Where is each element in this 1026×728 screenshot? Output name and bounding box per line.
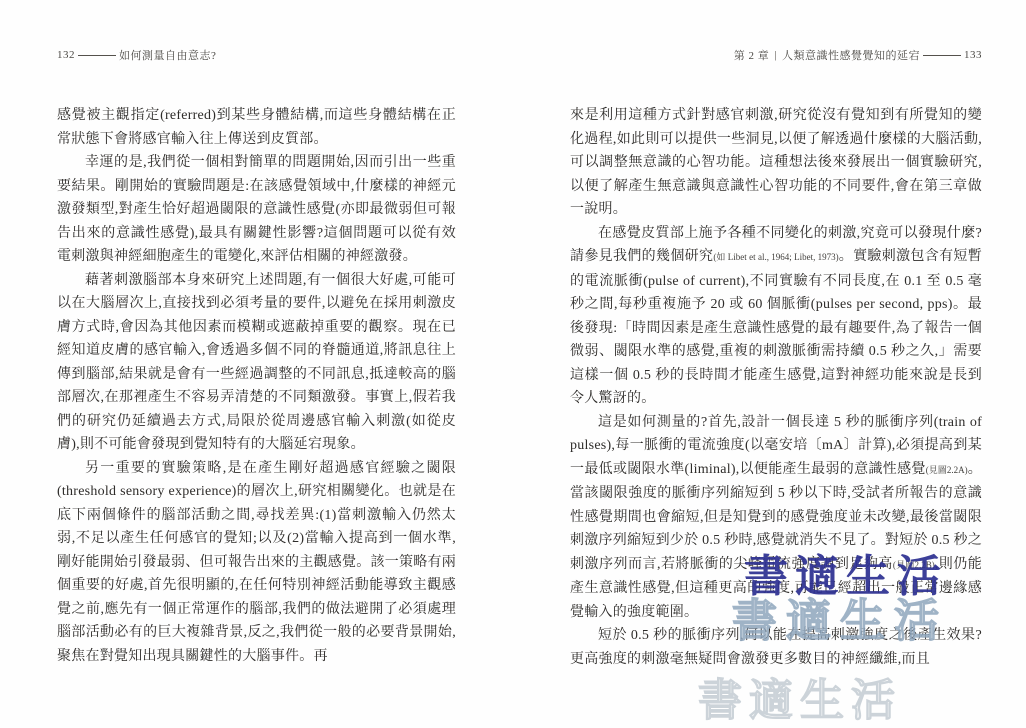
body-paragraph: 這是如何測量的?首先,設計一個長達 5 秒的脈衝序列(train of puls… [570,411,982,625]
left-running-title: 如何測量自由意志? [119,47,216,63]
citation-inline: (如 Libet et al., 1964; Libet, 1973) [713,252,838,262]
paragraph-text: 這是如何測量的?首先,設計一個長達 5 秒的脈衝序列(train of puls… [570,415,982,477]
left-folio: 132 [57,49,75,61]
figure-reference-inline: (見圖2.2B) [893,560,935,570]
right-page-body: 來是利用這種方式針對感官刺激,研究從沒有覺知到有所覺知的變化過程,如此則可以提供… [570,104,982,671]
paragraph-text: 。實驗刺激包含有短暫的電流脈衝(pulse of current),不同實驗有不… [570,249,982,406]
body-paragraph: 在感覺皮質部上施予各種不同變化的刺激,究竟可以發現什麼?請參見我們的幾個研究(如… [570,222,982,411]
header-rule [923,55,961,56]
body-paragraph: 短於 0.5 秒的脈衝序列,何以能在提高刺激強度之後產生效果?更高強度的刺激毫無… [570,624,982,671]
right-running-header: 第 2 章 | 人類意識性感覺覺知的延宕 133 [570,48,982,62]
body-paragraph: 來是利用這種方式針對感官刺激,研究從沒有覺知到有所覺知的變化過程,如此則可以提供… [570,104,982,222]
paragraph-text: 。當該閾限強度的脈衝序列縮短到 5 秒以下時,受試者所報告的意識性感覺期間也會縮… [570,462,982,572]
header-rule [78,55,116,56]
body-paragraph: 另一重要的實驗策略,是在產生剛好超過感官經驗之閾限(threshold sens… [57,457,456,669]
right-running-title: 人類意識性感覺覺知的延宕 [782,47,920,63]
body-paragraph: 幸運的是,我們從一個相對簡單的問題開始,因而引出一些重要結果。剛開始的實驗問題是… [57,151,456,269]
figure-reference-inline: (見圖2.2A) [926,465,968,475]
body-paragraph: 感覺被主觀指定(referred)到某些身體結構,而這些身體結構在正常狀態下會將… [57,104,456,151]
header-separator: | [774,49,777,61]
watermark-faint: 書適生活 [698,664,902,728]
left-page-body: 感覺被主觀指定(referred)到某些身體結構,而這些身體結構在正常狀態下會將… [57,104,456,668]
right-folio: 133 [964,49,982,61]
right-page: 第 2 章 | 人類意識性感覺覺知的延宕 133 來是利用這種方式針對感官刺激,… [570,48,982,671]
left-running-header: 132 如何測量自由意志? [57,48,456,62]
book-spread: 132 如何測量自由意志? 感覺被主觀指定(referred)到某些身體結構,而… [0,0,1026,728]
body-paragraph: 藉著刺激腦部本身來研究上述問題,有一個很大好處,可能可以在大腦層次上,直接找到必… [57,269,456,457]
chapter-label: 第 2 章 [734,47,770,63]
left-page: 132 如何測量自由意志? 感覺被主觀指定(referred)到某些身體結構,而… [57,48,456,668]
